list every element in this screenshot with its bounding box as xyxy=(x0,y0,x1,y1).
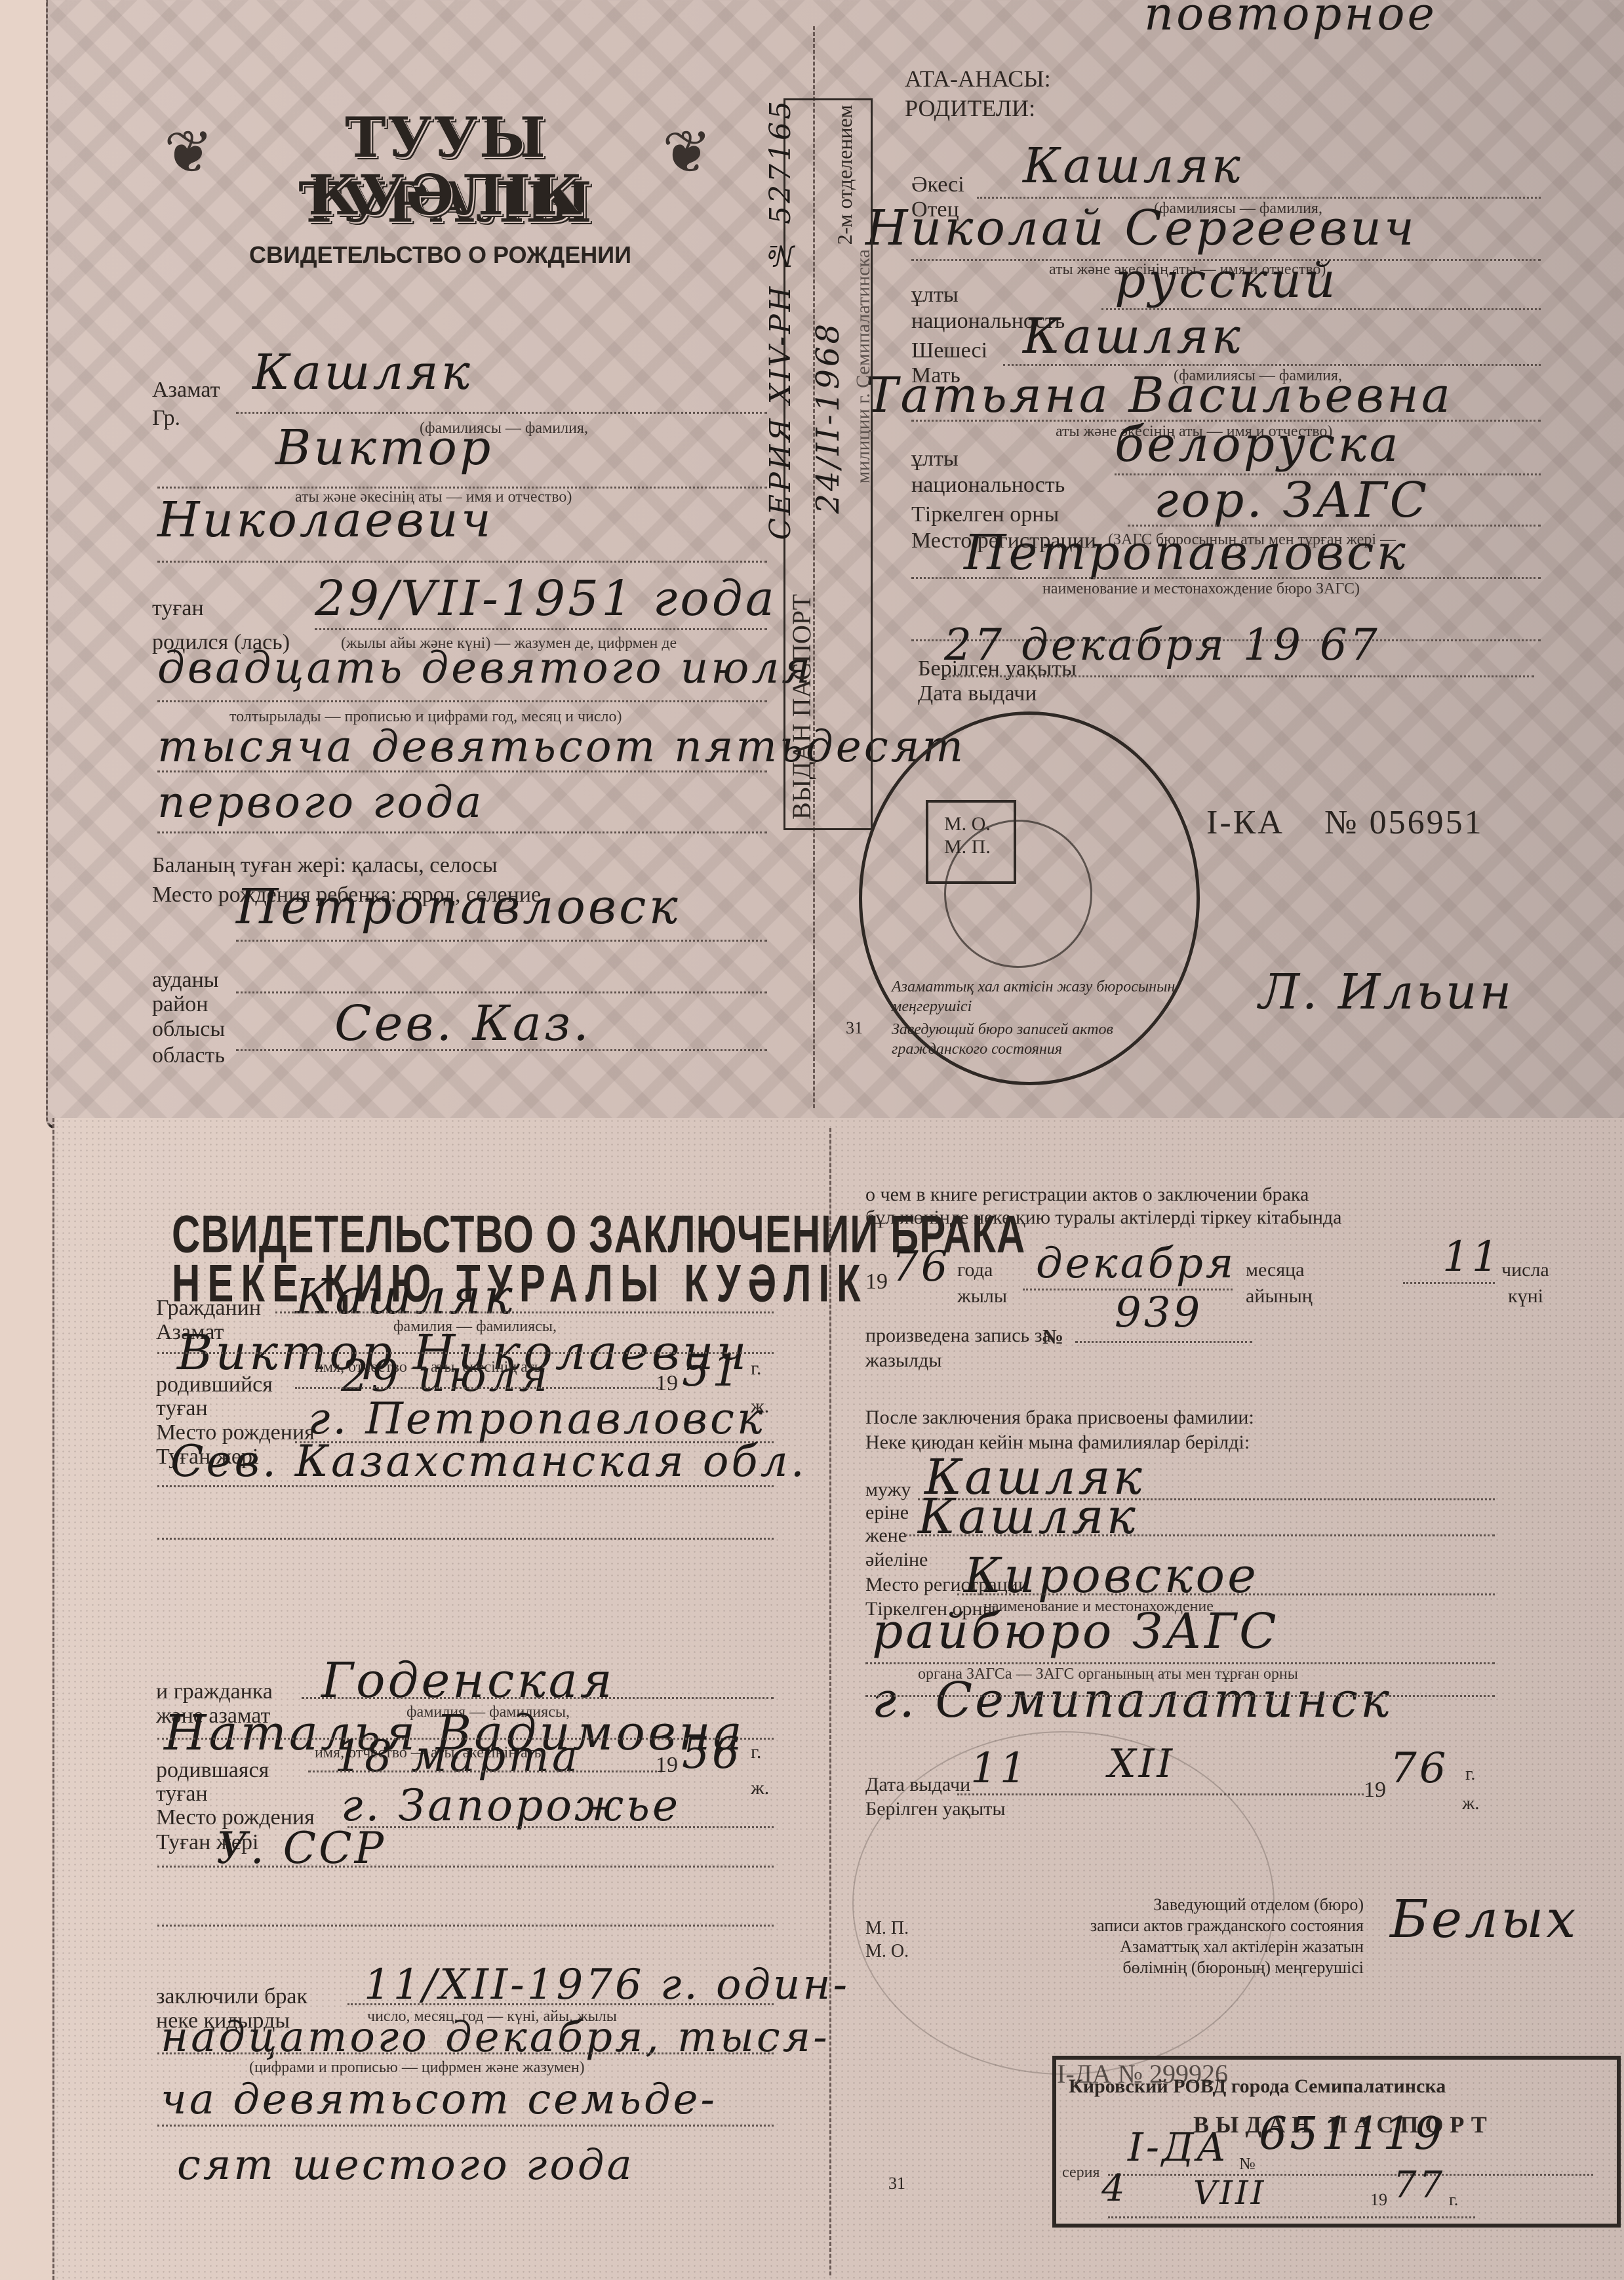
record-day-label-kz: күні xyxy=(1508,1285,1543,1308)
seal-text-kz: Азаматтық хал актісін жазу бюросының мең… xyxy=(892,977,1187,1016)
bride-surname-line xyxy=(302,1697,774,1699)
record-year-label-kz: жылы xyxy=(957,1285,1007,1308)
groom-surname-line xyxy=(275,1311,774,1313)
record-day-label-ru: числа xyxy=(1501,1259,1549,1282)
marriage-title-kz: НЕКЕ ҚИЮ ТУРАЛЫ КУӘЛІК xyxy=(172,1252,868,1313)
mother-surname: Кашляк xyxy=(1023,308,1243,365)
stamp-number-sign: № xyxy=(1239,2154,1256,2174)
entry-number: 939 xyxy=(1115,1289,1202,1337)
bride-surname: Годенская xyxy=(321,1652,615,1709)
registration-value-line1: Кировское xyxy=(964,1548,1259,1604)
record-text-ru: о чем в книге регистрации актов о заключ… xyxy=(865,1184,1309,1207)
ornament-left-icon: ❦ xyxy=(164,118,213,187)
father-surname: Кашляк xyxy=(1023,138,1243,194)
record-day-line xyxy=(1403,1282,1495,1284)
stamp-date-day: 4 xyxy=(1101,2167,1128,2210)
registration-value-line1: гор. ЗАГС xyxy=(1154,472,1429,529)
record-year-prefix: 19 xyxy=(865,1269,888,1294)
mother-label-kz: Шешесі xyxy=(911,338,987,363)
registration-caption2: наименование и местонахождение бюро ЗАГС… xyxy=(1042,580,1360,598)
district-label-ru: район xyxy=(152,991,208,1017)
top-handwriting: повторное xyxy=(1144,0,1437,41)
ornament-right-icon: ❦ xyxy=(662,118,711,187)
bride-label-ru: и гражданка xyxy=(156,1679,273,1704)
patronymic-line xyxy=(157,561,767,563)
surname-line xyxy=(236,412,767,414)
region-label-ru: область xyxy=(152,1043,225,1068)
head-text-line4: бөлімнің (бюроның) меңгерушісі xyxy=(983,1958,1364,1978)
signature-birth: Л. Ильин xyxy=(1259,964,1514,1020)
married-line3 xyxy=(157,2125,774,2127)
stamp-series-label: серия xyxy=(1062,2164,1099,2182)
registration-label-kz: Тіркелген орны xyxy=(911,502,1059,527)
registration-value-line2: райбюро ЗАГС xyxy=(872,1603,1279,1660)
birth-words-line1 xyxy=(157,700,767,702)
stamp-date-line xyxy=(1108,2216,1475,2218)
head-text-line3: Азаматтық хал актілерін жазатын xyxy=(983,1937,1364,1957)
wife-surname: Кашляк xyxy=(918,1489,1138,1545)
issue-suffix-ru: г. xyxy=(1465,1764,1475,1785)
registration-value-line3-rule xyxy=(865,1695,1495,1697)
issue-year: 76 xyxy=(1390,1744,1448,1793)
bride-year-suffix-ru: г. xyxy=(751,1741,761,1764)
bride-blank-line xyxy=(157,1925,774,1927)
region-label-kz: облысы xyxy=(152,1016,225,1042)
husband-label-kz: еріне xyxy=(865,1502,909,1525)
mother-name: Татьяна Васильевна xyxy=(865,367,1453,424)
passport-stamp-line4: милиции г. Семипалатинска xyxy=(852,249,875,484)
birth-date-words-line1: двадцать девятого июля xyxy=(157,643,813,693)
passport-stamp-date: 24/II-1968 xyxy=(810,321,846,514)
groom-blank-line xyxy=(157,1538,774,1540)
record-month-label-ru: месяца xyxy=(1246,1259,1305,1282)
seal-mo: М. О. xyxy=(865,1941,909,1962)
record-day-value: 11 xyxy=(1442,1233,1501,1281)
region-line xyxy=(236,1049,767,1051)
birth-words-line3 xyxy=(157,831,767,833)
married-caption2: (цифрами и прописью — цифрмен және жазум… xyxy=(249,2059,585,2077)
groom-year-suffix-ru: г. xyxy=(751,1357,761,1380)
husband-label-ru: мужу xyxy=(865,1479,911,1502)
father-surname-line xyxy=(977,197,1541,199)
groom-surname: Кашляк xyxy=(295,1269,515,1325)
record-month-value: декабря xyxy=(1036,1239,1236,1288)
birthplace-value: Петропавловск xyxy=(236,879,681,935)
bride-year-suffix-kz: ж. xyxy=(751,1777,769,1800)
bride-born-label-ru: родившаяся xyxy=(156,1757,269,1783)
region-value: Сев. Каз. xyxy=(334,995,591,1052)
father-label-kz: Әкесі xyxy=(911,172,964,197)
district-label-kz: ауданы xyxy=(152,967,219,993)
groom-birth-date-line xyxy=(295,1387,662,1389)
stamp-date-year: 77 xyxy=(1393,2164,1445,2207)
registration-value-line3: г. Семипалатинск xyxy=(872,1672,1392,1729)
registration-value-line2-rule xyxy=(865,1662,1495,1664)
head-text-line2: записи актов гражданского состояния xyxy=(983,1916,1364,1936)
mother-nationality-label-kz: ұлты xyxy=(911,446,959,471)
stamp-number-value: 651119 xyxy=(1259,2108,1445,2160)
issue-value: 27 декабря 19 67 xyxy=(944,620,1380,670)
title-ru: СВИДЕТЕЛЬСТВО О РОЖДЕНИИ xyxy=(249,241,631,269)
birthplace-line xyxy=(236,940,767,942)
wife-label-kz: әйеліне xyxy=(865,1549,928,1572)
certificate-number: № 056951 xyxy=(1324,803,1484,842)
stamp-number-line xyxy=(1108,2174,1593,2176)
surname-value: Кашляк xyxy=(252,344,473,401)
married-value-line3: ча девятьсот семьде- xyxy=(161,2075,717,2124)
issue-year-prefix: 19 xyxy=(1364,1777,1386,1803)
bride-birth-year: 56 xyxy=(682,1728,742,1778)
district-line xyxy=(236,991,767,993)
bride-birthplace-line1-rule xyxy=(347,1826,774,1828)
seal-box-line2: М. П. xyxy=(944,836,991,859)
father-nationality-label-kz: ұлты xyxy=(911,282,959,308)
mother-surname-line xyxy=(1003,364,1541,366)
birth-words-line2 xyxy=(157,770,767,772)
issue-suffix-kz: ж. xyxy=(1462,1793,1479,1814)
groom-birth-year-prefix: 19 xyxy=(656,1370,678,1396)
head-text-line1: Заведующий отделом (бюро) xyxy=(1023,1895,1364,1915)
birth-date-line xyxy=(315,628,767,630)
record-year-label-ru: года xyxy=(957,1259,993,1282)
father-name: Николай Сергеевич xyxy=(865,200,1417,256)
certificate-series: I-КА xyxy=(1206,803,1284,842)
stamp-series-value: I-ДА xyxy=(1128,2125,1229,2170)
groom-birthplace-line2: Сев. Казахстанская обл. xyxy=(170,1436,807,1487)
passport-stamp-line2: СЕРИЯ XIV-РН № 527165 xyxy=(764,98,797,540)
stamp-date-year-prefix: 19 xyxy=(1370,2190,1387,2210)
married-line2 xyxy=(157,2052,774,2054)
mother-nationality: белоруска xyxy=(1115,416,1401,473)
birth-date-value: 29/VII-1951 года xyxy=(315,570,777,627)
married-value-line4: сят шестого года xyxy=(177,2141,635,2190)
groom-birth-year: 51 xyxy=(682,1346,742,1396)
registration-value-line2: Петропавловск xyxy=(964,525,1408,581)
record-text-kz: бұл жөнінде неке қию туралы актілерді ті… xyxy=(865,1207,1342,1230)
title-kz-line2: КУӘЛІК xyxy=(236,163,656,228)
record-year-value: 76 xyxy=(892,1243,950,1291)
bride-born-label-kz: туған xyxy=(156,1781,208,1807)
seal-box-line1: М. О. xyxy=(944,813,991,836)
bride-birth-date: 18 марта xyxy=(334,1731,580,1782)
citizen-label-kz: Азамат xyxy=(152,377,220,403)
groom-born-label-ru: родившийся xyxy=(156,1372,273,1397)
parents-label-ru: РОДИТЕЛИ: xyxy=(905,95,1035,122)
registration-line2 xyxy=(911,577,1541,579)
signature-marriage: Белых xyxy=(1390,1889,1578,1950)
married-value-line1: 11/XII-1976 г. один- xyxy=(364,1961,850,2009)
stamp-line1: Кировский РОВД города Семипалатинска xyxy=(1069,2075,1446,2098)
birthplace-label-kz: Баланың туған жері: қаласы, селосы xyxy=(152,852,498,878)
birth-date-words-line3: первого года xyxy=(157,777,484,828)
groom-label-ru: Гражданин xyxy=(156,1295,261,1321)
groom-birthplace-line2-rule xyxy=(157,1485,774,1487)
seal-mp: М. П. xyxy=(865,1918,909,1939)
issue-line xyxy=(944,675,1534,677)
married-label-ru: заключили брак xyxy=(156,1984,307,2009)
groom-born-label-kz: туған xyxy=(156,1395,208,1421)
patronymic-value: Николаевич xyxy=(157,492,494,548)
bride-birthplace-line2-rule xyxy=(157,1866,774,1868)
passport-stamp-line3: 2-м отделением xyxy=(833,105,857,245)
mother-nationality-label-ru: национальность xyxy=(911,472,1065,498)
wife-label-ru: жене xyxy=(865,1525,907,1548)
born-label-kz: туған xyxy=(152,595,204,621)
surnames-heading-ru: После заключения брака присвоены фамилии… xyxy=(865,1407,1254,1430)
bride-birth-year-prefix: 19 xyxy=(656,1752,678,1778)
bride-birth-date-line xyxy=(308,1770,662,1772)
registration-value-line1-rule xyxy=(957,1593,1495,1595)
bride-birthplace-line1: г. Запорожье xyxy=(341,1780,681,1831)
stamp-date-month: VIII xyxy=(1193,2174,1266,2212)
married-line1 xyxy=(347,2003,774,2005)
entry-number-line xyxy=(1075,1341,1252,1343)
page-number-marriage: 31 xyxy=(888,2174,905,2193)
father-nationality: русский xyxy=(1115,252,1338,309)
first-name-value: Виктор xyxy=(275,420,493,476)
seal-text-ru: Заведующий бюро записей актов гражданско… xyxy=(892,1020,1187,1059)
parents-label-kz: АТА-АНАСЫ: xyxy=(905,66,1051,92)
wife-surname-line xyxy=(905,1534,1495,1536)
entry-number-sign: № xyxy=(1042,1325,1063,1349)
citizen-label-ru: Гр. xyxy=(152,405,180,431)
entry-label-ru: произведена запись за xyxy=(865,1325,1051,1348)
stamp-date-suffix: г. xyxy=(1449,2190,1458,2210)
issue-label-ru: Дата выдачи xyxy=(918,681,1037,706)
record-month-label-kz: айының xyxy=(1246,1285,1313,1308)
entry-label-kz: жазылды xyxy=(865,1350,941,1372)
page-number-birth: 31 xyxy=(846,1018,863,1038)
